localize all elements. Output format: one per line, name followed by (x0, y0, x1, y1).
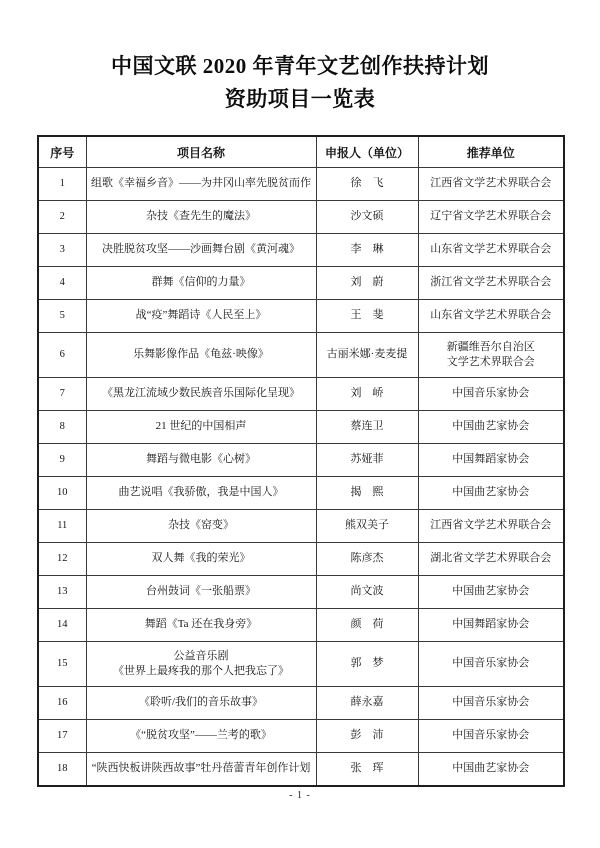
cell-recommender: 中国曲艺家协会 (418, 477, 564, 510)
cell-applicant: 郭 梦 (316, 642, 418, 687)
table-row: 12 双人舞《我的荣光》 陈彦杰 湖北省文学艺术界联合会 (38, 543, 564, 576)
cell-recommender: 山东省文学艺术界联合会 (418, 300, 564, 333)
cell-project-name: 组歌《幸福乡音》——为井冈山率先脱贫而作 (86, 168, 316, 201)
table-row: 2 杂技《查先生的魔法》 沙文硕 辽宁省文学艺术界联合会 (38, 201, 564, 234)
cell-project-name: 公益音乐剧 《世界上最疼我的那个人把我忘了》 (86, 642, 316, 687)
table-row: 6 乐舞影像作品《龟兹·映像》 古丽米娜·麦麦提 新疆维吾尔自治区 文学艺术界联… (38, 333, 564, 378)
cell-applicant: 颜 荷 (316, 609, 418, 642)
cell-project-name: 舞蹈《Ta 还在我身旁》 (86, 609, 316, 642)
cell-project-name: 台州鼓词《一张船票》 (86, 576, 316, 609)
table-row: 15 公益音乐剧 《世界上最疼我的那个人把我忘了》 郭 梦 中国音乐家协会 (38, 642, 564, 687)
cell-recommender: 中国曲艺家协会 (418, 753, 564, 787)
table-row: 11 杂技《窑变》 熊双美子 江西省文学艺术界联合会 (38, 510, 564, 543)
cell-serial-number: 3 (38, 234, 86, 267)
cell-applicant: 古丽米娜·麦麦提 (316, 333, 418, 378)
cell-project-name: 战“疫”舞蹈诗《人民至上》 (86, 300, 316, 333)
cell-serial-number: 10 (38, 477, 86, 510)
cell-applicant: 刘 峤 (316, 378, 418, 411)
table-row: 14 舞蹈《Ta 还在我身旁》 颜 荷 中国舞蹈家协会 (38, 609, 564, 642)
cell-recommender: 中国音乐家协会 (418, 642, 564, 687)
table-row: 18 “陕西快板讲陕西故事”牡丹蓓蕾青年创作计划 张 珲 中国曲艺家协会 (38, 753, 564, 787)
cell-serial-number: 15 (38, 642, 86, 687)
cell-recommender: 中国音乐家协会 (418, 378, 564, 411)
cell-applicant: 陈彦杰 (316, 543, 418, 576)
cell-applicant: 张 珲 (316, 753, 418, 787)
cell-project-name: 决胜脱贫攻坚——沙画舞台剧《黄河魂》 (86, 234, 316, 267)
cell-project-name: 《聆听/我们的音乐故事》 (86, 687, 316, 720)
cell-project-name: 群舞《信仰的力量》 (86, 267, 316, 300)
cell-serial-number: 13 (38, 576, 86, 609)
cell-project-name: 曲艺说唱《我骄傲，我是中国人》 (86, 477, 316, 510)
cell-recommender: 新疆维吾尔自治区 文学艺术界联合会 (418, 333, 564, 378)
cell-applicant: 王 斐 (316, 300, 418, 333)
cell-project-name: 《“脱贫攻坚”——兰考的歌》 (86, 720, 316, 753)
cell-serial-number: 9 (38, 444, 86, 477)
cell-project-name: 双人舞《我的荣光》 (86, 543, 316, 576)
cell-serial-number: 8 (38, 411, 86, 444)
table-row: 7 《黑龙江流域少数民族音乐国际化呈现》 刘 峤 中国音乐家协会 (38, 378, 564, 411)
header-recommender: 推荐单位 (418, 136, 564, 168)
cell-applicant: 李 琳 (316, 234, 418, 267)
table-row: 17 《“脱贫攻坚”——兰考的歌》 彭 沛 中国音乐家协会 (38, 720, 564, 753)
document-title: 中国文联 2020 年青年文艺创作扶持计划 资助项目一览表 (0, 50, 600, 116)
table-header-row: 序号 项目名称 申报人（单位） 推荐单位 (38, 136, 564, 168)
header-serial-number: 序号 (38, 136, 86, 168)
cell-recommender: 中国舞蹈家协会 (418, 444, 564, 477)
cell-recommender: 湖北省文学艺术界联合会 (418, 543, 564, 576)
cell-project-name: “陕西快板讲陕西故事”牡丹蓓蕾青年创作计划 (86, 753, 316, 787)
cell-serial-number: 17 (38, 720, 86, 753)
cell-recommender: 中国曲艺家协会 (418, 576, 564, 609)
document-page: 中国文联 2020 年青年文艺创作扶持计划 资助项目一览表 序号 项目名称 申报… (0, 0, 600, 848)
cell-serial-number: 14 (38, 609, 86, 642)
cell-serial-number: 2 (38, 201, 86, 234)
cell-applicant: 彭 沛 (316, 720, 418, 753)
cell-project-name: 杂技《查先生的魔法》 (86, 201, 316, 234)
cell-recommender: 江西省文学艺术界联合会 (418, 168, 564, 201)
cell-serial-number: 16 (38, 687, 86, 720)
cell-applicant: 揭 熙 (316, 477, 418, 510)
cell-applicant: 熊双美子 (316, 510, 418, 543)
header-project-name: 项目名称 (86, 136, 316, 168)
cell-project-name: 杂技《窑变》 (86, 510, 316, 543)
table-row: 8 21 世纪的中国相声 蔡连卫 中国曲艺家协会 (38, 411, 564, 444)
cell-applicant: 沙文硕 (316, 201, 418, 234)
cell-applicant: 薛永嘉 (316, 687, 418, 720)
cell-recommender: 山东省文学艺术界联合会 (418, 234, 564, 267)
table-row: 10 曲艺说唱《我骄傲，我是中国人》 揭 熙 中国曲艺家协会 (38, 477, 564, 510)
cell-applicant: 苏娅菲 (316, 444, 418, 477)
cell-serial-number: 4 (38, 267, 86, 300)
title-line-2: 资助项目一览表 (0, 83, 600, 116)
cell-recommender: 中国舞蹈家协会 (418, 609, 564, 642)
cell-applicant: 刘 蔚 (316, 267, 418, 300)
table-body: 1 组歌《幸福乡音》——为井冈山率先脱贫而作 徐 飞 江西省文学艺术界联合会 2… (38, 168, 564, 787)
table-row: 5 战“疫”舞蹈诗《人民至上》 王 斐 山东省文学艺术界联合会 (38, 300, 564, 333)
table-row: 16 《聆听/我们的音乐故事》 薛永嘉 中国音乐家协会 (38, 687, 564, 720)
table-row: 9 舞蹈与微电影《心树》 苏娅菲 中国舞蹈家协会 (38, 444, 564, 477)
table-row: 3 决胜脱贫攻坚——沙画舞台剧《黄河魂》 李 琳 山东省文学艺术界联合会 (38, 234, 564, 267)
cell-project-name: 《黑龙江流域少数民族音乐国际化呈现》 (86, 378, 316, 411)
cell-serial-number: 6 (38, 333, 86, 378)
cell-recommender: 中国曲艺家协会 (418, 411, 564, 444)
cell-recommender: 江西省文学艺术界联合会 (418, 510, 564, 543)
cell-serial-number: 1 (38, 168, 86, 201)
table-row: 1 组歌《幸福乡音》——为井冈山率先脱贫而作 徐 飞 江西省文学艺术界联合会 (38, 168, 564, 201)
cell-serial-number: 12 (38, 543, 86, 576)
cell-recommender: 辽宁省文学艺术界联合会 (418, 201, 564, 234)
cell-project-name: 21 世纪的中国相声 (86, 411, 316, 444)
cell-project-name: 舞蹈与微电影《心树》 (86, 444, 316, 477)
cell-serial-number: 7 (38, 378, 86, 411)
cell-recommender: 浙江省文学艺术界联合会 (418, 267, 564, 300)
cell-serial-number: 18 (38, 753, 86, 787)
cell-project-name: 乐舞影像作品《龟兹·映像》 (86, 333, 316, 378)
table-row: 13 台州鼓词《一张船票》 尚文波 中国曲艺家协会 (38, 576, 564, 609)
title-line-1: 中国文联 2020 年青年文艺创作扶持计划 (0, 50, 600, 83)
projects-table: 序号 项目名称 申报人（单位） 推荐单位 1 组歌《幸福乡音》——为井冈山率先脱… (37, 135, 565, 787)
table-row: 4 群舞《信仰的力量》 刘 蔚 浙江省文学艺术界联合会 (38, 267, 564, 300)
header-applicant: 申报人（单位） (316, 136, 418, 168)
cell-recommender: 中国音乐家协会 (418, 720, 564, 753)
page-number: - 1 - (0, 790, 600, 801)
cell-serial-number: 11 (38, 510, 86, 543)
cell-applicant: 尚文波 (316, 576, 418, 609)
cell-applicant: 蔡连卫 (316, 411, 418, 444)
cell-serial-number: 5 (38, 300, 86, 333)
cell-applicant: 徐 飞 (316, 168, 418, 201)
cell-recommender: 中国音乐家协会 (418, 687, 564, 720)
